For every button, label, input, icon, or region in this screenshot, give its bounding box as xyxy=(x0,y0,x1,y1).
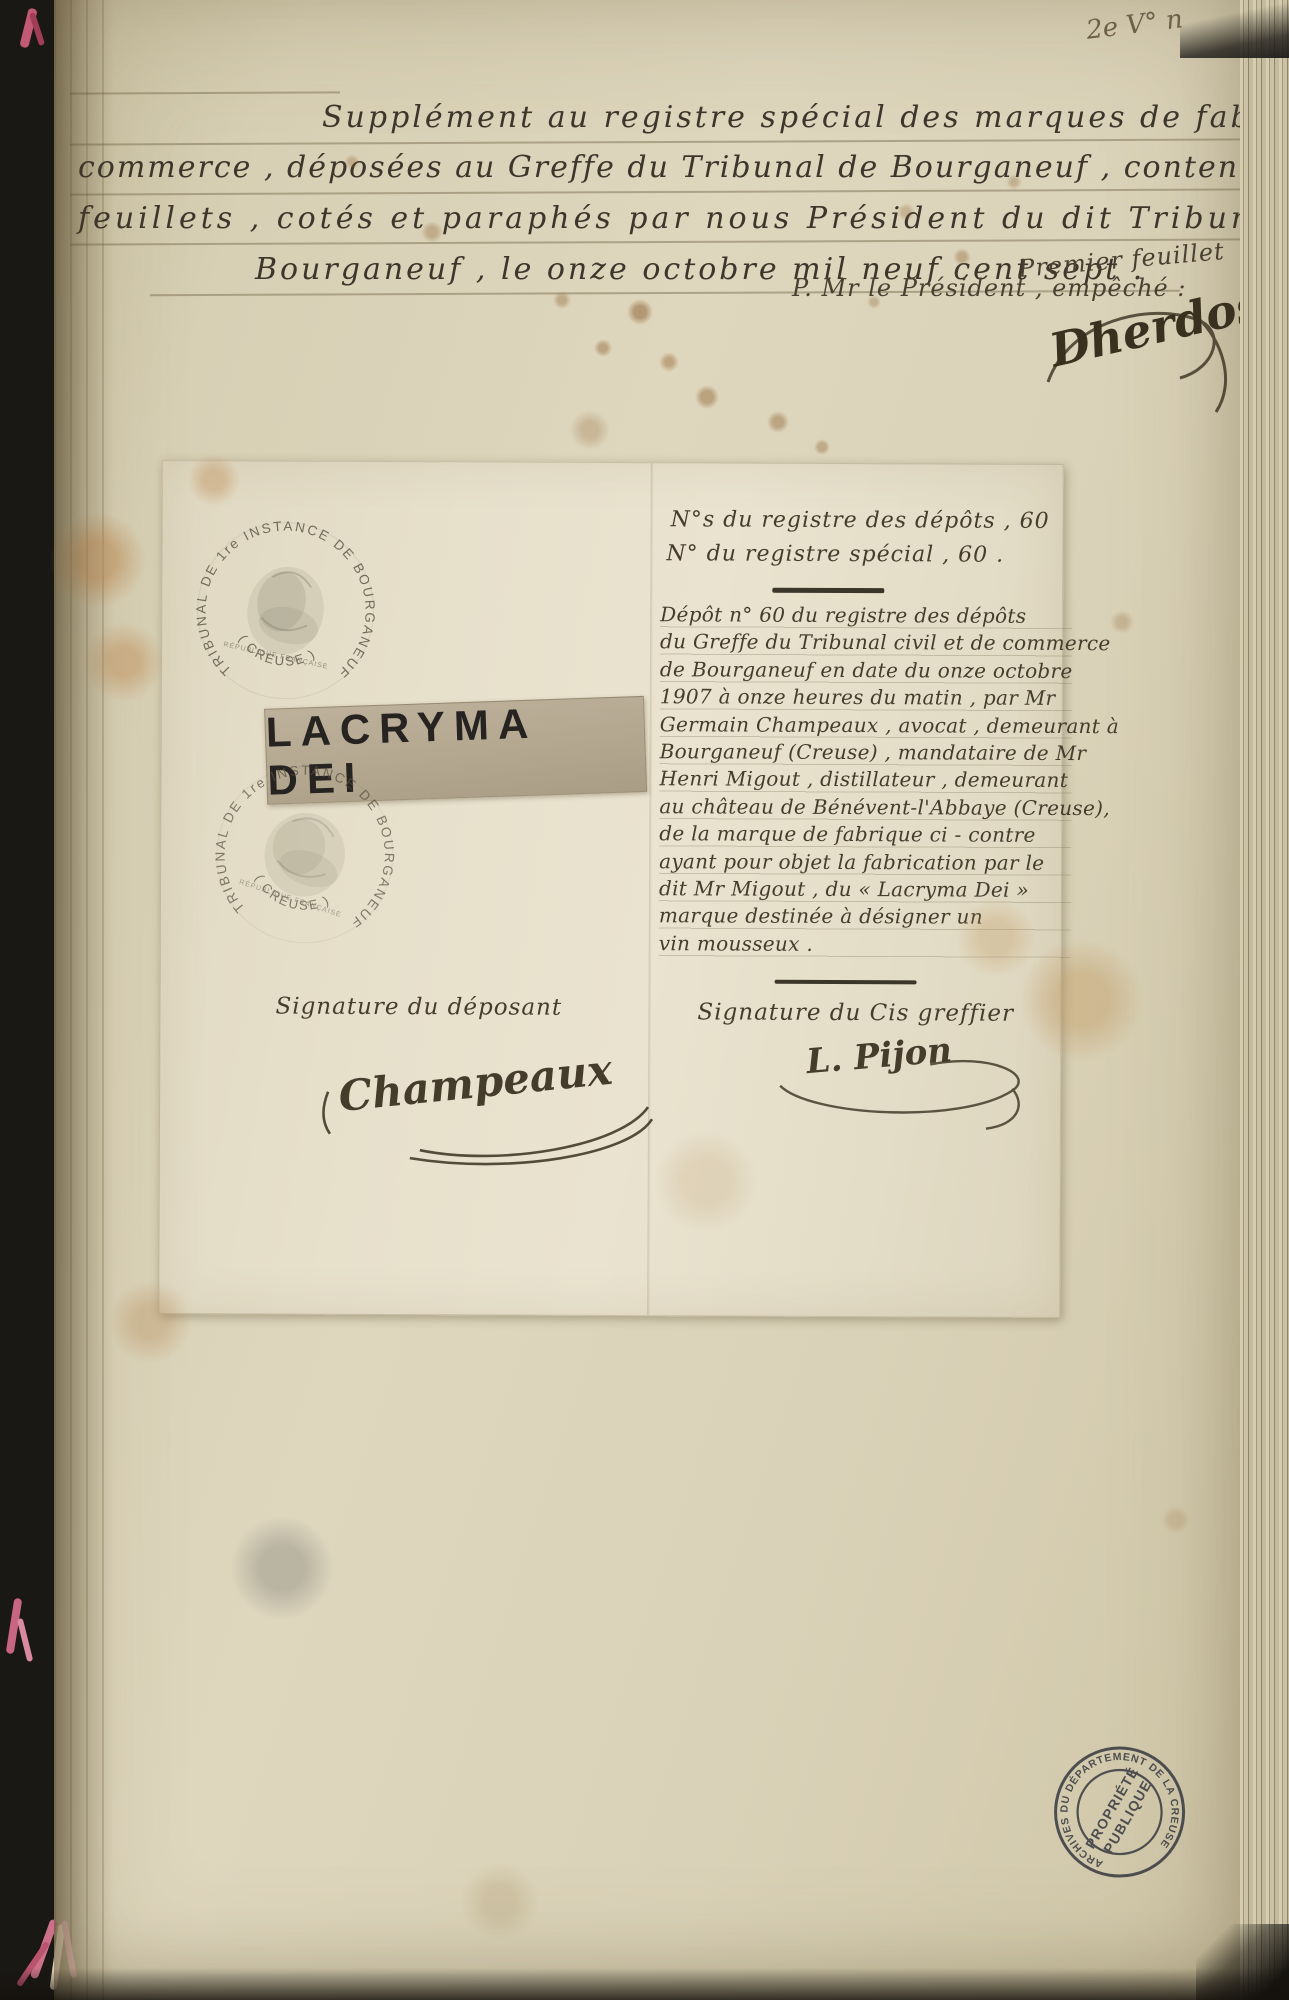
page-stack-edge xyxy=(1240,0,1289,2000)
supplement-line-3: feuillets , cotés et paraphés par nous P… xyxy=(78,201,1289,236)
register-line-2: N° du registre spécial , 60 . xyxy=(666,541,1004,567)
greffier-caption: Signature du Cis greffier xyxy=(697,999,1014,1026)
deposit-sheet: TRIBUNAL DE 1re INSTANCE DE BOURGANEUF (… xyxy=(158,460,1064,1318)
handwritten-line: de la marque de fabrique ci - contre xyxy=(659,820,1071,849)
divider-bar xyxy=(772,588,884,593)
scanned-register-page: 2e V° n Supplément au registre spécial d… xyxy=(0,0,1289,2000)
divider-bar xyxy=(775,980,917,985)
handwritten-line: dit Mr Migout , du « Lacryma Dei » xyxy=(659,875,1071,904)
archive-stamp: ARCHIVES DU DÉPARTEMENT DE LA CREUSE ★ P… xyxy=(1025,1717,1216,1911)
handwritten-line: au château de Bénévent-l'Abbaye (Creuse)… xyxy=(659,793,1071,822)
handwritten-line: Germain Champeaux , avocat , demeurant à xyxy=(660,711,1072,740)
handwritten-line: Bourganeuf (Creuse) , mandataire de Mr xyxy=(660,738,1072,767)
gutter-shadow xyxy=(54,0,112,2000)
supplement-line-1: Supplément au registre spécial des marqu… xyxy=(322,100,1289,135)
tribunal-stamp: TRIBUNAL DE 1re INSTANCE DE BOURGANEUF (… xyxy=(166,492,405,734)
handwritten-line: Henri Migout , distillateur , demeurant xyxy=(659,766,1071,795)
handwritten-line: marque destinée à désigner un xyxy=(659,903,1071,932)
handwritten-line: vin mousseux . xyxy=(659,930,1071,959)
supplement-line-2: commerce , déposées au Greffe du Tribuna… xyxy=(78,150,1289,185)
book-gutter xyxy=(0,0,54,2000)
depositor-caption: Signature du déposant xyxy=(275,994,562,1021)
depositor-signature: Champeaux xyxy=(336,1045,614,1121)
greffier-signature: L. Pijon xyxy=(805,1030,954,1082)
handwritten-line: de Bourganeuf en date du onze octobre xyxy=(660,656,1072,685)
deposit-paragraph: Dépôt n° 60 du registre des dépôtsdu Gre… xyxy=(659,601,1073,959)
handwritten-line: 1907 à onze heures du matin , par Mr xyxy=(660,683,1072,712)
register-line-1: N°s du registre des dépôts , 60 xyxy=(671,507,1050,534)
handwritten-line: Dépôt n° 60 du registre des dépôts xyxy=(660,601,1072,630)
bottom-edge-shadow xyxy=(0,1968,1289,2000)
president-note: P. Mr le Président , empêché : xyxy=(792,274,1186,302)
sheet-crease xyxy=(647,463,654,1315)
handwritten-line: du Greffe du Tribunal civil et de commer… xyxy=(660,629,1072,658)
handwritten-line: ayant pour objet la fabrication par le xyxy=(659,848,1071,877)
top-right-corner-shadow xyxy=(1180,0,1289,58)
